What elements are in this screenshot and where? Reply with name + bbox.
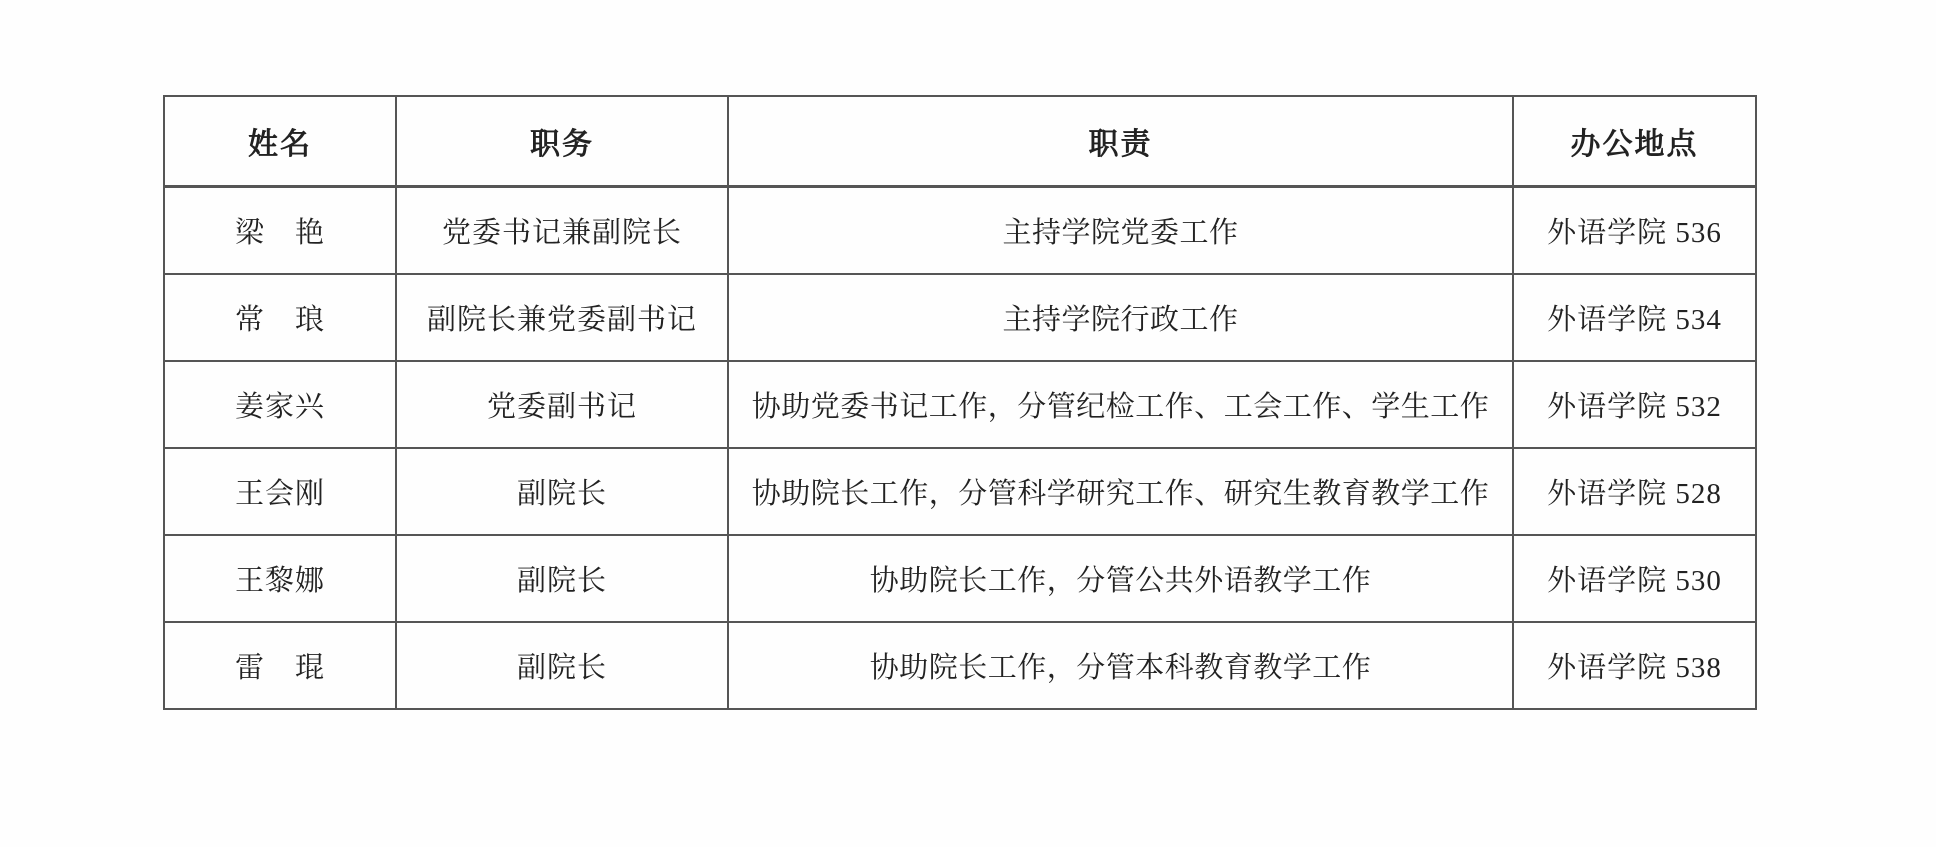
leadership-table: 姓名 职务 职责 办公地点 梁 艳 党委书记兼副院长 主持学院党委工作 外语学院… [163,95,1757,710]
cell-office: 外语学院 538 [1513,622,1756,709]
column-header-name: 姓名 [164,96,396,187]
table-row: 常 琅 副院长兼党委副书记 主持学院行政工作 外语学院 534 [164,274,1756,361]
cell-name: 姜家兴 [164,361,396,448]
table-header-row: 姓名 职务 职责 办公地点 [164,96,1756,187]
cell-duty: 协助党委书记工作，分管纪检工作、工会工作、学生工作 [728,361,1513,448]
cell-office: 外语学院 532 [1513,361,1756,448]
cell-duty: 协助院长工作，分管公共外语教学工作 [728,535,1513,622]
cell-name: 王黎娜 [164,535,396,622]
cell-name: 常 琅 [164,274,396,361]
column-header-duty: 职责 [728,96,1513,187]
cell-duty: 主持学院党委工作 [728,187,1513,275]
table-row: 雷 琨 副院长 协助院长工作，分管本科教育教学工作 外语学院 538 [164,622,1756,709]
cell-name: 雷 琨 [164,622,396,709]
cell-title: 副院长 [396,448,728,535]
cell-title: 党委书记兼副院长 [396,187,728,275]
cell-office: 外语学院 528 [1513,448,1756,535]
cell-duty: 协助院长工作，分管本科教育教学工作 [728,622,1513,709]
table-row: 梁 艳 党委书记兼副院长 主持学院党委工作 外语学院 536 [164,187,1756,275]
cell-office: 外语学院 530 [1513,535,1756,622]
cell-name: 王会刚 [164,448,396,535]
document-page: 姓名 职务 职责 办公地点 梁 艳 党委书记兼副院长 主持学院党委工作 外语学院… [0,0,1936,847]
column-header-office: 办公地点 [1513,96,1756,187]
cell-name: 梁 艳 [164,187,396,275]
table-row: 姜家兴 党委副书记 协助党委书记工作，分管纪检工作、工会工作、学生工作 外语学院… [164,361,1756,448]
column-header-title: 职务 [396,96,728,187]
table-row: 王会刚 副院长 协助院长工作，分管科学研究工作、研究生教育教学工作 外语学院 5… [164,448,1756,535]
cell-title: 副院长兼党委副书记 [396,274,728,361]
cell-title: 党委副书记 [396,361,728,448]
cell-title: 副院长 [396,622,728,709]
cell-duty: 主持学院行政工作 [728,274,1513,361]
table-row: 王黎娜 副院长 协助院长工作，分管公共外语教学工作 外语学院 530 [164,535,1756,622]
cell-office: 外语学院 536 [1513,187,1756,275]
cell-title: 副院长 [396,535,728,622]
cell-duty: 协助院长工作，分管科学研究工作、研究生教育教学工作 [728,448,1513,535]
cell-office: 外语学院 534 [1513,274,1756,361]
